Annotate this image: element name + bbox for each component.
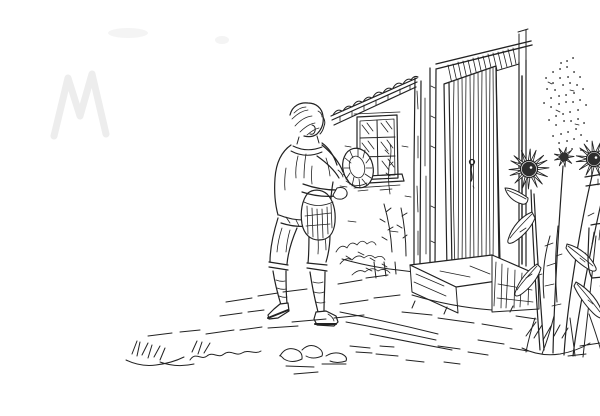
satchel [301, 190, 335, 240]
door-handle-bar [471, 165, 472, 181]
smudge-mark [108, 28, 148, 38]
door [444, 66, 500, 271]
engraving-canvas [40, 16, 600, 400]
smudge-mark-2 [215, 36, 229, 44]
illustration [40, 16, 600, 400]
